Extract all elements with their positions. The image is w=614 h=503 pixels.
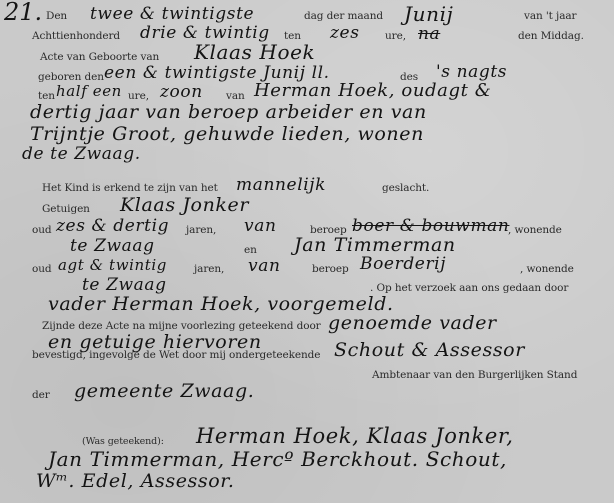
- hw-signatures-2: Jan Timmerman, Hercº Berckhout. Schout,: [48, 447, 507, 471]
- hw-witness-2: Jan Timmerman: [294, 234, 456, 256]
- hw-half-een: half een: [56, 82, 122, 100]
- printed-getuigen: Getuigen: [42, 203, 90, 215]
- hw-na: na: [418, 24, 440, 44]
- printed-der: der: [32, 389, 50, 401]
- hw-age-1: zes & dertig: [56, 216, 169, 236]
- birth-certificate-scan: 21. Den twee & twintigste dag der maand …: [0, 0, 614, 503]
- hw-municipality: gemeente Zwaag.: [74, 380, 254, 402]
- hw-sex: mannelijk: [236, 175, 326, 195]
- hw-line7: Trijntje Groot, gehuwde lieden, wonen: [30, 123, 424, 145]
- hw-signatures-1: Herman Hoek, Klaas Jonker,: [196, 424, 514, 448]
- hw-signatures-3: Wᵐ. Edel, Assessor.: [36, 470, 235, 492]
- hw-residence-2: te Zwaag: [82, 275, 167, 295]
- printed-het-kind: Het Kind is erkend te zijn van het: [42, 182, 218, 194]
- printed-jaren: jaren,: [186, 224, 216, 236]
- printed-ambtenaar: Ambtenaar van den Burgerlijken Stand: [372, 369, 577, 381]
- printed-geslacht: geslacht.: [382, 182, 429, 194]
- entry-number: 21.: [4, 0, 42, 26]
- hw-snagts: 's nagts: [436, 62, 507, 82]
- hw-zoon: zoon: [160, 82, 203, 102]
- printed-van-t-jaar: van 't jaar: [524, 10, 576, 22]
- printed-ure: ure,: [385, 30, 406, 42]
- printed-wonende-2: , wonende: [520, 263, 574, 275]
- hw-van: van: [244, 216, 277, 236]
- hw-hour: zes: [330, 23, 360, 43]
- hw-line6: dertig jaar van beroep arbeider en van: [30, 101, 427, 123]
- printed-jaren-2: jaren,: [194, 263, 224, 275]
- printed-wonende: , wonende: [508, 224, 562, 236]
- hw-occupation-2: Boerderij: [360, 254, 446, 274]
- hw-month: Junij: [404, 2, 453, 26]
- printed-den: Den: [46, 10, 67, 22]
- printed-was-geteekend: (Was geteekend):: [82, 436, 164, 447]
- printed-acte-van-geboorte: Acte van Geboorte van: [40, 51, 159, 63]
- hw-residence-1: te Zwaag: [70, 236, 155, 256]
- hw-van-2: van: [248, 256, 281, 276]
- hw-day: twee & twintigste: [90, 4, 254, 24]
- printed-oud-2: oud: [32, 263, 52, 275]
- hw-occupation-1: boer & bouwman: [352, 216, 509, 236]
- printed-en: en: [244, 244, 257, 256]
- printed-beroep-2: beroep: [312, 263, 349, 275]
- hw-child-name: Klaas Hoek: [194, 40, 315, 64]
- hw-official-title: Schout & Assessor: [334, 339, 525, 361]
- hw-father: Herman Hoek, oudagt &: [254, 80, 491, 101]
- printed-bevestigd: bevestigd, ingevolge de Wet door mij ond…: [32, 349, 320, 361]
- printed-den-middag: den Middag.: [518, 30, 584, 42]
- hw-signed-by: genoemde vader: [328, 312, 497, 334]
- hw-line8: de te Zwaag.: [22, 144, 141, 164]
- hw-witness-1: Klaas Jonker: [120, 194, 249, 216]
- printed-dag-der-maand: dag der maand: [304, 10, 383, 22]
- printed-achttienhonderd: Achttienhonderd: [32, 30, 120, 42]
- printed-op-het-verzoek: . Op het verzoek aan ons gedaan door: [370, 282, 568, 294]
- hw-age-2: agt & twintig: [58, 256, 167, 274]
- printed-oud: oud: [32, 224, 52, 236]
